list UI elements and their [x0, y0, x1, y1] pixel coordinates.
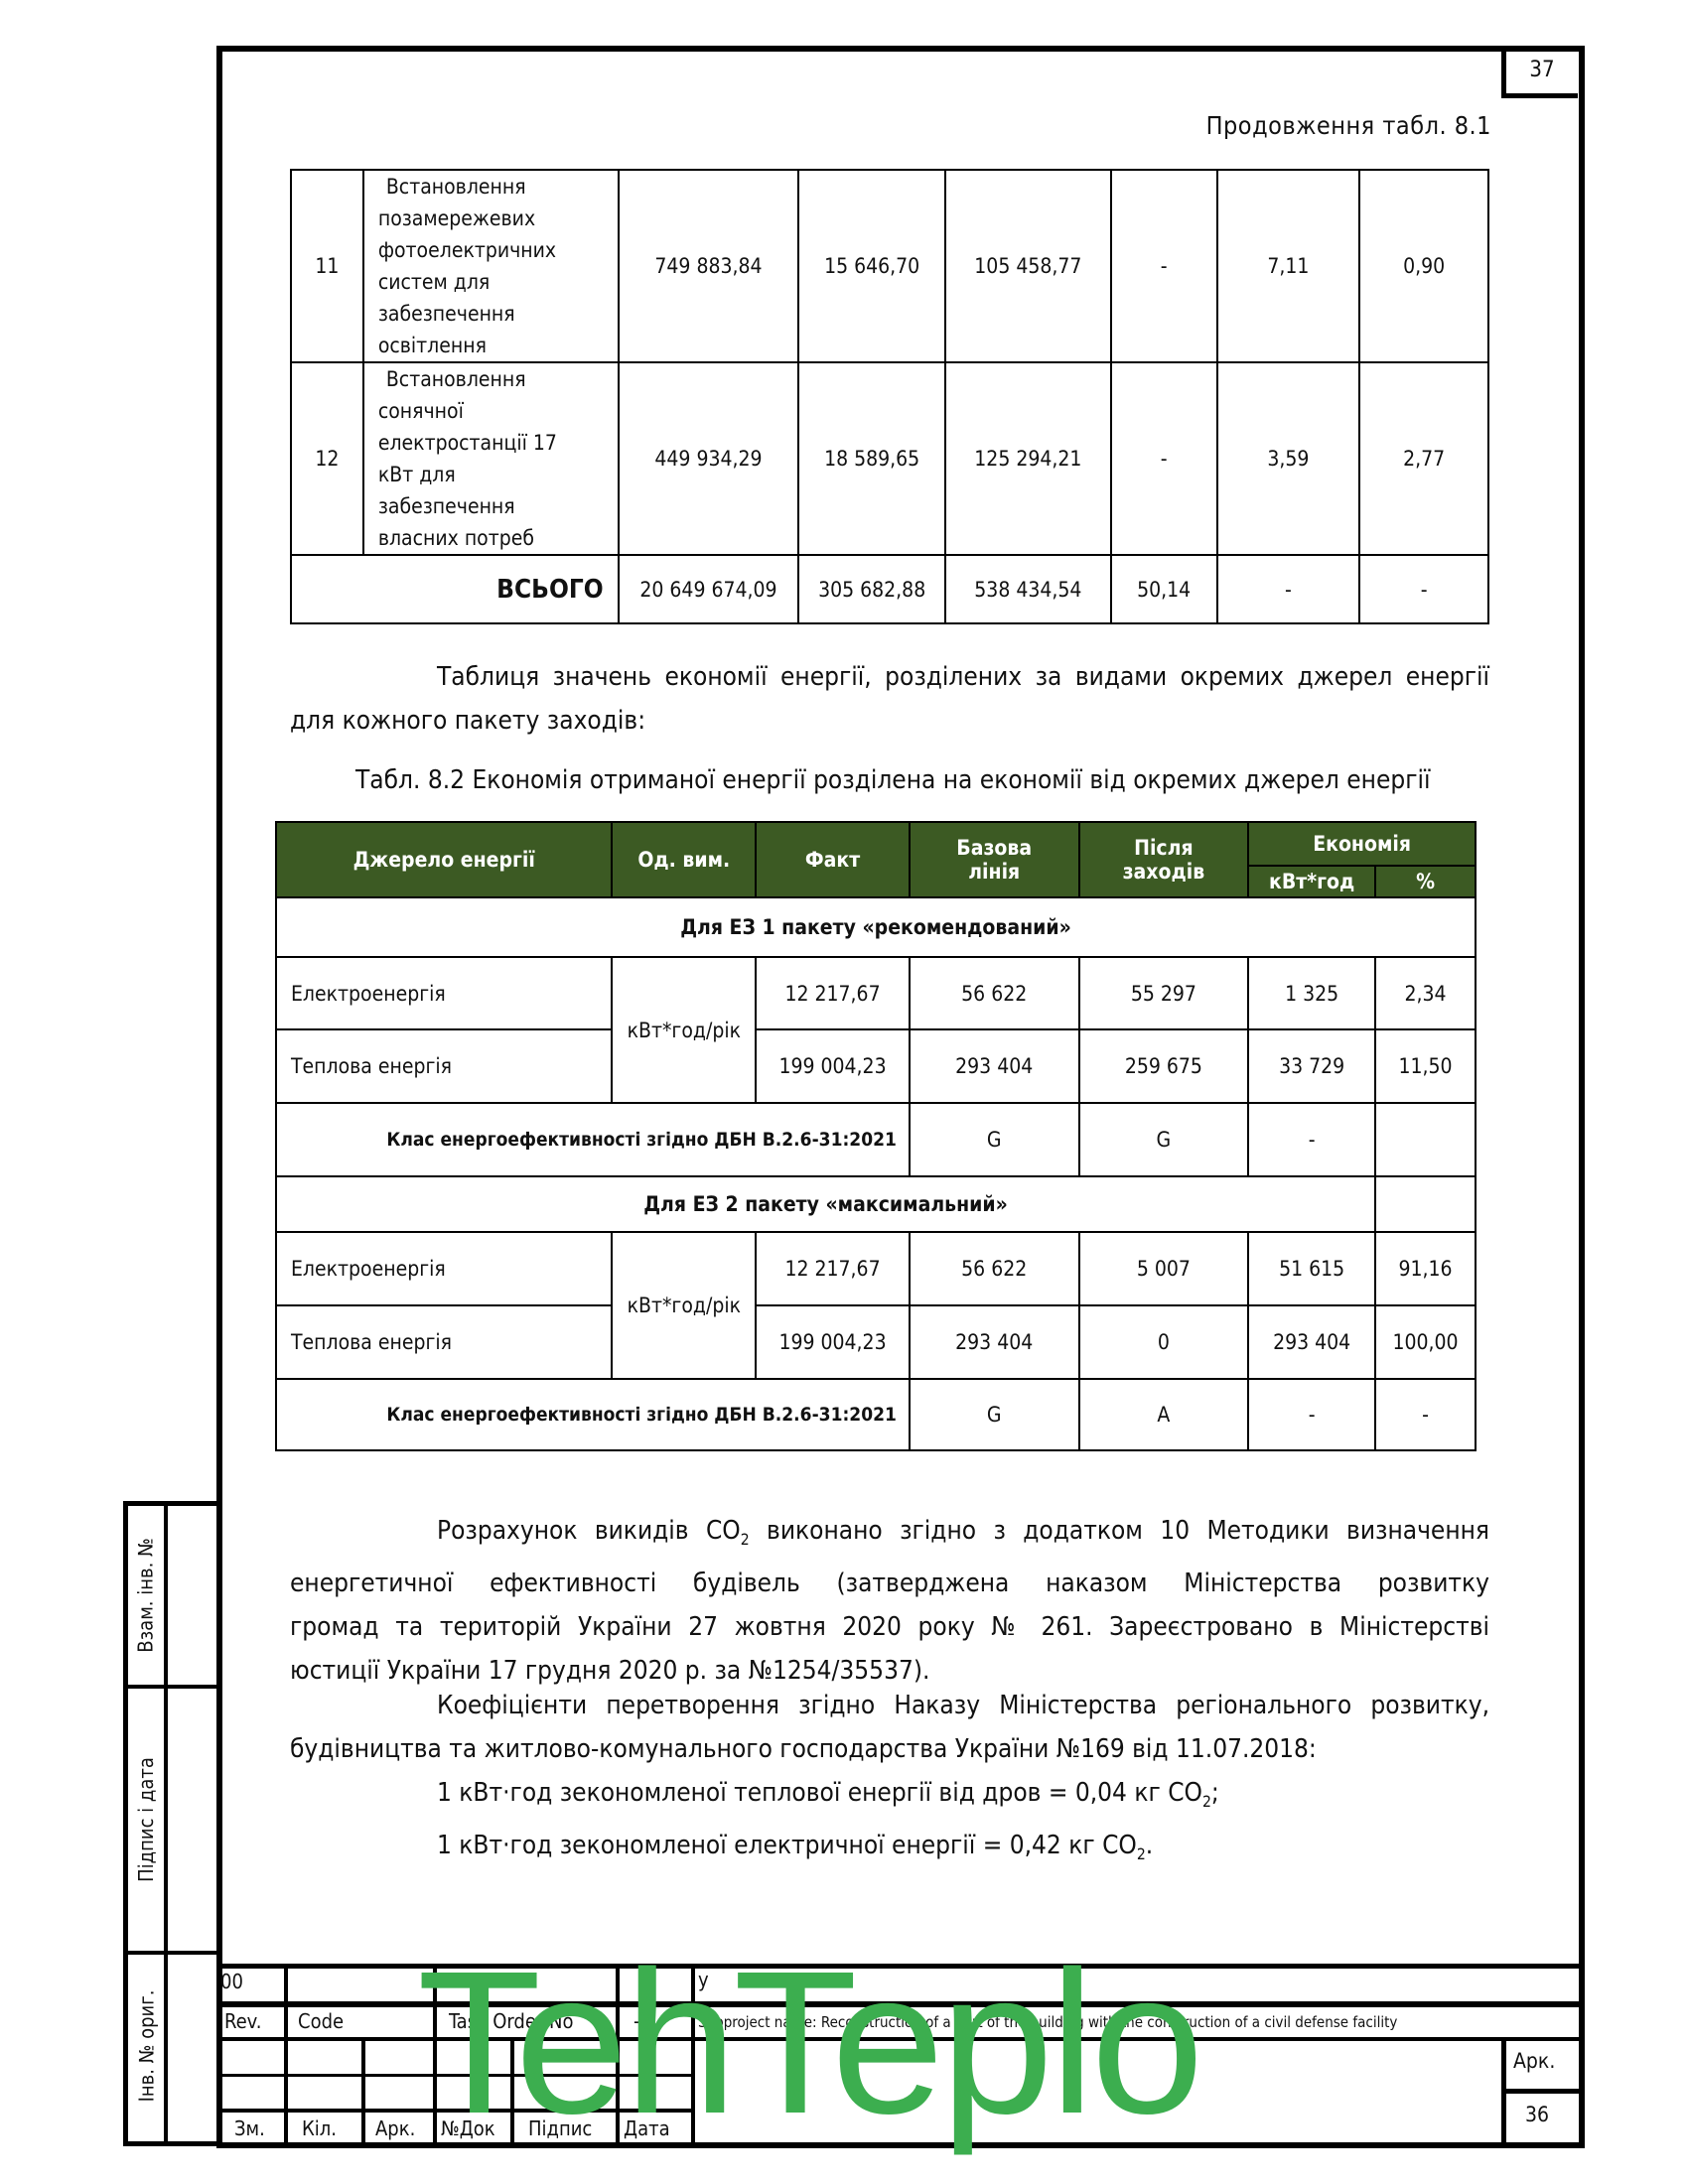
row-number: 11: [291, 170, 363, 362]
cell: 305 682,88: [798, 555, 945, 623]
header-savings-kwh: кВт*год: [1248, 866, 1375, 897]
cell: -: [1248, 1103, 1375, 1176]
cell: 199 004,23: [756, 1029, 910, 1103]
header-savings-pct: %: [1375, 866, 1476, 897]
table-row: Теплова енергія 199 004,23 293 404 0 293…: [276, 1305, 1476, 1379]
table-row: Теплова енергія 199 004,23 293 404 259 6…: [276, 1029, 1476, 1103]
source-name: Електроенергія: [276, 957, 612, 1029]
source-name: Теплова енергія: [276, 1029, 612, 1103]
header-savings: Економія: [1248, 822, 1476, 866]
cell: 449 934,29: [619, 362, 799, 555]
cell: -: [1359, 555, 1488, 623]
cell: 56 622: [910, 957, 1079, 1029]
section-row: Для ЕЗ 2 пакету «максимальний»: [276, 1176, 1476, 1232]
cell: 91,16: [1375, 1232, 1476, 1305]
cell: 293 404: [910, 1305, 1079, 1379]
replace-inv-stamp: Взам. інв. №: [128, 1506, 164, 1685]
cell: 18 589,65: [798, 362, 945, 555]
header-source: Джерело енергії: [276, 822, 612, 897]
rev-value: 00: [220, 1970, 243, 1993]
cell: 5 007: [1079, 1232, 1249, 1305]
cell: -: [1375, 1379, 1476, 1450]
sheet-label: Арк.: [1513, 2049, 1555, 2073]
cell: 259 675: [1079, 1029, 1249, 1103]
side-stamp-column: Взам. інв. № Підпис і дата Інв. № ориг.: [123, 1501, 222, 2146]
intro-paragraph: Таблиця значень економії енергії, розділ…: [290, 655, 1489, 743]
coefficients-paragraph: Коефіцієнти перетворення згідно Наказу М…: [290, 1684, 1489, 1876]
table-row: Електроенергія кВт*год/рік 12 217,67 56 …: [276, 1232, 1476, 1305]
cell: 293 404: [1248, 1305, 1375, 1379]
cell: G: [910, 1379, 1079, 1450]
cell: -: [1111, 362, 1217, 555]
cell: 2,77: [1359, 362, 1488, 555]
total-label: ВСЬОГО: [291, 555, 619, 623]
package-2-title: Для ЕЗ 2 пакету «максимальний»: [276, 1176, 1375, 1232]
cell: 749 883,84: [619, 170, 799, 362]
package-1-title: Для ЕЗ 1 пакету «рекомендований»: [276, 897, 1476, 957]
cell: 50,14: [1111, 555, 1217, 623]
header-baseline: Базова лінія: [910, 822, 1079, 897]
source-name: Теплова енергія: [276, 1305, 612, 1379]
table-8-1: 11 Встановлення позамережевих фотоелектр…: [290, 169, 1489, 624]
watermark: TehTeplo: [417, 1941, 1200, 2144]
cell: 100,00: [1375, 1305, 1476, 1379]
code-label: Code: [298, 2009, 344, 2033]
sheet-number: 37: [1501, 46, 1578, 98]
cell: 51 615: [1248, 1232, 1375, 1305]
co2-paragraph: Розрахунок викидів СО2 виконано згідно з…: [290, 1509, 1489, 1693]
cell: -: [1248, 1379, 1375, 1450]
cell: 293 404: [910, 1029, 1079, 1103]
cell: 55 297: [1079, 957, 1249, 1029]
col-qty: Кіл.: [302, 2116, 337, 2140]
cell: [1375, 1103, 1476, 1176]
cell: G: [910, 1103, 1079, 1176]
cell: 56 622: [910, 1232, 1079, 1305]
measure-description: Встановлення позамережевих фотоелектричн…: [363, 170, 619, 362]
cell: 20 649 674,09: [619, 555, 799, 623]
cell: 105 458,77: [945, 170, 1111, 362]
continuation-label: Продовження табл. 8.1: [1206, 111, 1491, 140]
source-name: Електроенергія: [276, 1232, 612, 1305]
cell: 0,90: [1359, 170, 1488, 362]
cell: A: [1079, 1379, 1249, 1450]
cell: G: [1079, 1103, 1249, 1176]
cell: [1375, 1176, 1476, 1232]
cell: -: [1217, 555, 1360, 623]
sheet-value: 36: [1525, 2103, 1549, 2126]
rev-label: Rev.: [224, 2009, 261, 2033]
header-after: Після заходів: [1079, 822, 1249, 897]
cell: 12 217,67: [756, 1232, 910, 1305]
col-change: Зм.: [234, 2116, 265, 2140]
header-unit: Од. вим.: [612, 822, 756, 897]
class-row: Клас енергоефективності згідно ДБН В.2.6…: [276, 1103, 1476, 1176]
col-sheet: Арк.: [375, 2116, 415, 2140]
header-fact: Факт: [756, 822, 910, 897]
table-8-2: Джерело енергії Од. вим. Факт Базова лін…: [275, 821, 1477, 1451]
class-row: Клас енергоефективності згідно ДБН В.2.6…: [276, 1379, 1476, 1450]
cell: 199 004,23: [756, 1305, 910, 1379]
cell: 12 217,67: [756, 957, 910, 1029]
table-total-row: ВСЬОГО 20 649 674,09 305 682,88 538 434,…: [291, 555, 1488, 623]
cell: -: [1111, 170, 1217, 362]
section-row: Для ЕЗ 1 пакету «рекомендований»: [276, 897, 1476, 957]
signature-date-stamp: Підпис і дата: [128, 1689, 164, 1951]
table-row: Електроенергія кВт*год/рік 12 217,67 56 …: [276, 957, 1476, 1029]
cell: 3,59: [1217, 362, 1360, 555]
cell: 538 434,54: [945, 555, 1111, 623]
cell: 125 294,21: [945, 362, 1111, 555]
cell: 11,50: [1375, 1029, 1476, 1103]
table-row: 11 Встановлення позамережевих фотоелектр…: [291, 170, 1488, 362]
class-label: Клас енергоефективності згідно ДБН В.2.6…: [276, 1103, 910, 1176]
table-row: 12 Встановлення сонячної електростанції …: [291, 362, 1488, 555]
cell: 15 646,70: [798, 170, 945, 362]
inv-orig-stamp: Інв. № ориг.: [128, 1955, 164, 2136]
cell: 7,11: [1217, 170, 1360, 362]
unit: кВт*год/рік: [612, 957, 756, 1103]
cell: 33 729: [1248, 1029, 1375, 1103]
table-8-2-caption: Табл. 8.2 Економія отриманої енергії роз…: [355, 758, 1489, 802]
cell: 1 325: [1248, 957, 1375, 1029]
measure-description: Встановлення сонячної електростанції 17 …: [363, 362, 619, 555]
unit: кВт*год/рік: [612, 1232, 756, 1379]
class-label: Клас енергоефективності згідно ДБН В.2.6…: [276, 1379, 910, 1450]
cell: 0: [1079, 1305, 1249, 1379]
row-number: 12: [291, 362, 363, 555]
cell: 2,34: [1375, 957, 1476, 1029]
